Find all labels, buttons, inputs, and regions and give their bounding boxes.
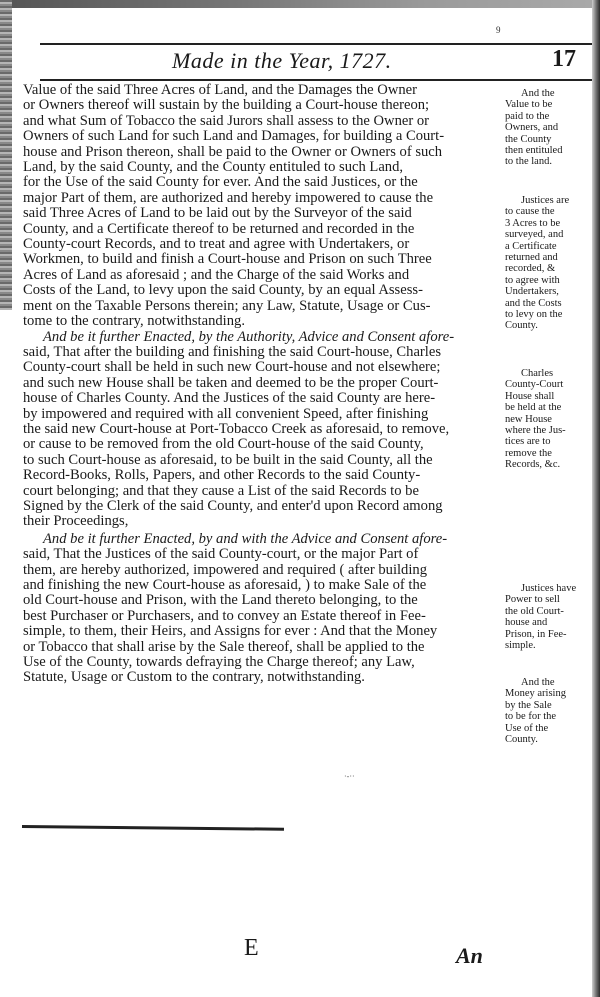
text-line: said Three Acres of Land to be laid out … xyxy=(23,206,491,221)
text-line: Value of the said Three Acres of Land, a… xyxy=(23,83,491,98)
text-line: the said new Court-house at Port-Tobacco… xyxy=(23,422,491,437)
text-line: best Purchaser or Purchasers, and to con… xyxy=(23,609,491,624)
header-rule-bottom xyxy=(40,79,592,81)
scan-edge-right xyxy=(592,0,600,997)
text-line: and such new House shall be taken and de… xyxy=(23,376,491,391)
text-line: Costs of the Land, to levy upon the said… xyxy=(23,283,491,298)
text-line: Land, by the said County, and the County… xyxy=(23,160,491,175)
text-line: simple, to them, their Heirs, and Assign… xyxy=(23,624,491,639)
body-text: Value of the said Three Acres of Land, a… xyxy=(23,83,491,686)
text-line: and what Sum of Tobacco the said Jurors … xyxy=(23,114,491,129)
margin-note-charles-county-court: Charles County-Court House shall be held… xyxy=(505,368,587,471)
text-line: County-court shall be held in such new C… xyxy=(23,360,491,375)
text-line: their Proceedings, xyxy=(23,514,491,529)
catchword: An xyxy=(456,943,483,969)
margin-note-justices-survey: Justices are to cause the 3 Acres to be … xyxy=(505,195,587,332)
text-line: or Owners thereof will sustain by the bu… xyxy=(23,98,491,113)
signature-mark: E xyxy=(244,935,259,962)
text-line: Workmen, to build and finish a Court-hou… xyxy=(23,252,491,267)
text-line: for the Use of the said County for ever.… xyxy=(23,175,491,190)
text-line: ment on the Taxable Persons therein; any… xyxy=(23,299,491,314)
text-line: house and Prison thereon, shall be paid … xyxy=(23,145,491,160)
text-line: old Court-house and Prison, with the Lan… xyxy=(23,593,491,608)
paragraph-3: And be it further Enacted, by and with t… xyxy=(23,532,491,686)
text-line: tome to the contrary, notwithstanding. xyxy=(23,314,491,329)
text-line: Acres of Land as aforesaid ; and the Cha… xyxy=(23,268,491,283)
margin-note-sell-old-court: Justices have Power to sell the old Cour… xyxy=(505,583,587,651)
text-line: to such Court-house as aforesaid, to be … xyxy=(23,453,491,468)
text-line: said, That after the building and finish… xyxy=(23,345,491,360)
enacting-clause: And be it further Enacted, by the Author… xyxy=(23,330,491,345)
text-line: court belonging; and that they cause a L… xyxy=(23,484,491,499)
header-rule-top xyxy=(40,43,592,45)
text-line: and finishing the new Court-house as afo… xyxy=(23,578,491,593)
top-mark: 9 xyxy=(496,25,501,35)
text-line: by impowered and required with all conve… xyxy=(23,407,491,422)
page-number: 17 xyxy=(552,46,576,73)
text-line: house of Charles County. And the Justice… xyxy=(23,391,491,406)
text-line: Record-Books, Rolls, Papers, and other R… xyxy=(23,468,491,483)
text-line: County, and a Certificate thereof to be … xyxy=(23,222,491,237)
stray-ink-mark: ·-·· xyxy=(344,772,355,781)
closing-rule xyxy=(22,825,284,831)
margin-note-value-paid: And the Value to be paid to the Owners, … xyxy=(505,88,587,168)
paragraph-1: Value of the said Three Acres of Land, a… xyxy=(23,83,491,330)
text-line: County-court Records, and to treat and a… xyxy=(23,237,491,252)
enacting-clause: And be it further Enacted, by and with t… xyxy=(23,532,491,547)
text-line: or cause to be removed from the old Cour… xyxy=(23,437,491,452)
text-line: Owners of such Land for such Land and Da… xyxy=(23,129,491,144)
paragraph-2: And be it further Enacted, by the Author… xyxy=(23,330,491,530)
running-head: Made in the Year, 1727. xyxy=(172,48,392,74)
scan-edge-top xyxy=(0,0,600,8)
text-line: Use of the County, towards defraying the… xyxy=(23,655,491,670)
text-line: or Tobacco that shall arise by the Sale … xyxy=(23,640,491,655)
text-line: Signed by the Clerk of the said County, … xyxy=(23,499,491,514)
text-line: Statute, Usage or Custom to the contrary… xyxy=(23,670,491,685)
margin-note-money-arising: And the Money arising by the Sale to be … xyxy=(505,677,587,745)
scan-edge-left xyxy=(0,0,12,310)
text-line: them, are hereby authorized, impowered a… xyxy=(23,563,491,578)
text-line: major Part of them, are authorized and h… xyxy=(23,191,491,206)
text-line: said, That the Justices of the said Coun… xyxy=(23,547,491,562)
